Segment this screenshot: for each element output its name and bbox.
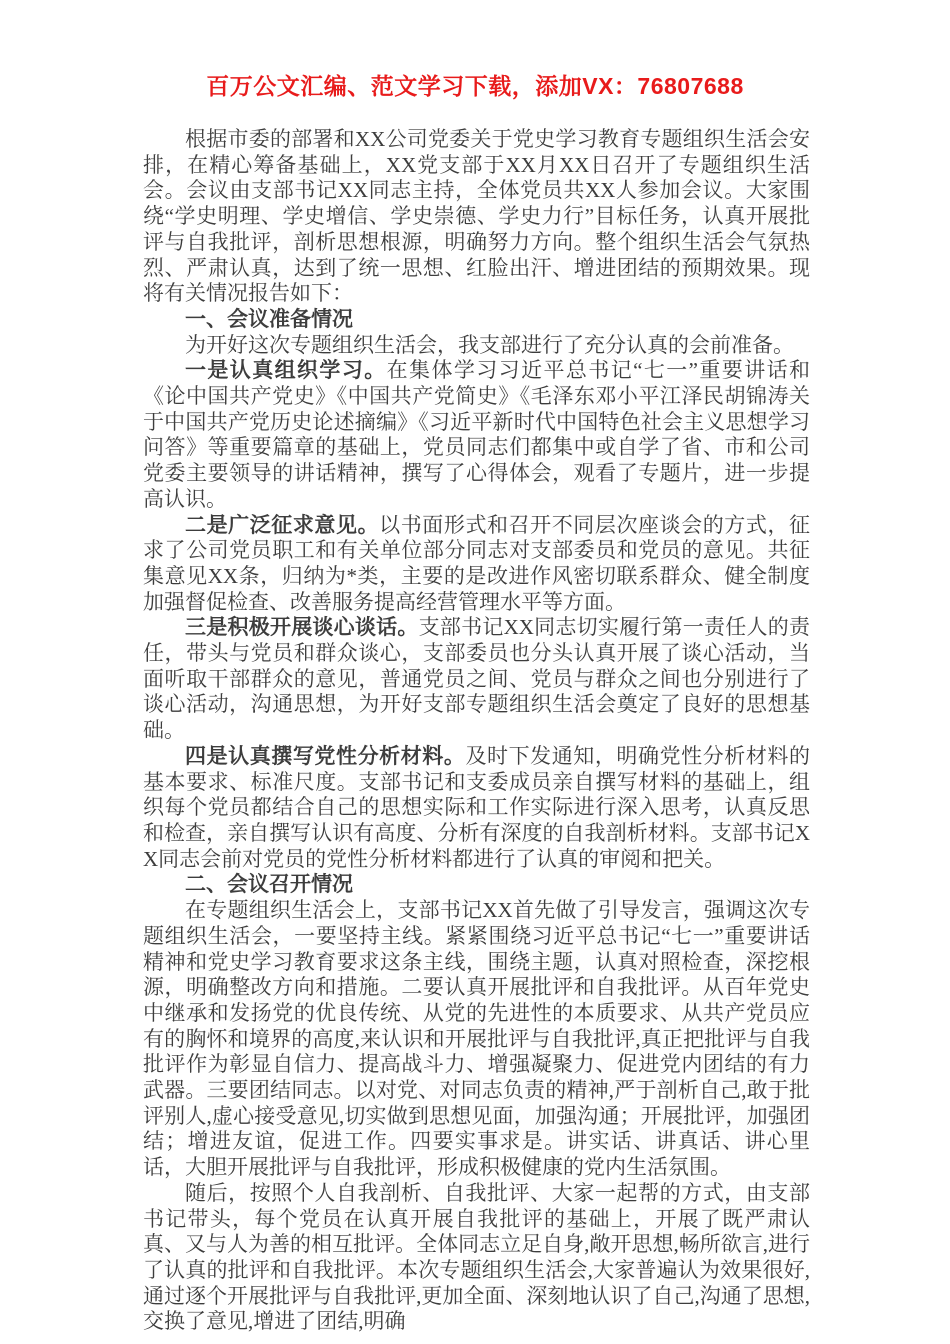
- paragraph-lead: 一是认真组织学习。: [185, 358, 387, 382]
- paragraph-preparation-summary: 为开好这次专题组织生活会，我支部进行了充分认真的会前准备。: [143, 333, 810, 359]
- paragraph-lead: 二是广泛征求意见。: [185, 513, 379, 537]
- paragraph-text: 随后，按照个人自我剖析、自我批评、大家一起帮的方式，由支部书记带头，每个党员在认…: [143, 1181, 810, 1334]
- paragraph-intro: 根据市委的部署和XX公司党委关于党史学习教育专题组织生活会安排，在精心筹备基础上…: [143, 127, 810, 307]
- heading-text: 二、会议召开情况: [185, 872, 353, 896]
- paragraph-mutual-criticism: 随后，按照个人自我剖析、自我批评、大家一起帮的方式，由支部书记带头，每个党员在认…: [143, 1181, 810, 1335]
- paragraph-text: 为开好这次专题组织生活会，我支部进行了充分认真的会前准备。: [185, 333, 794, 357]
- heading-section-2: 二、会议召开情况: [143, 872, 810, 898]
- paragraph-meeting-process: 在专题组织生活会上，支部书记XX首先做了引导发言，强调这次专题组织生活会，一要坚…: [143, 898, 810, 1181]
- promo-header-text: 百万公文汇编、范文学习下载，添加VX：76807688: [0, 68, 950, 101]
- paragraph-lead: 三是积极开展谈心谈话。: [185, 615, 419, 639]
- heading-section-1: 一、会议准备情况: [143, 307, 810, 333]
- heading-text: 一、会议准备情况: [185, 307, 353, 331]
- paragraph-point-2-opinions: 二是广泛征求意见。以书面形式和召开不同层次座谈会的方式，征求了公司党员职工和有关…: [143, 513, 810, 616]
- document-body: 根据市委的部署和XX公司党委关于党史学习教育专题组织生活会安排，在精心筹备基础上…: [143, 127, 810, 1335]
- paragraph-text: 在专题组织生活会上，支部书记XX首先做了引导发言，强调这次专题组织生活会，一要坚…: [143, 898, 810, 1179]
- paragraph-point-1-study: 一是认真组织学习。在集体学习习近平总书记“七一”重要讲话和《论中国共产党史》《中…: [143, 358, 810, 512]
- paragraph-point-3-heart-to-heart: 三是积极开展谈心谈话。支部书记XX同志切实履行第一责任人的责任，带头与党员和群众…: [143, 615, 810, 744]
- paragraph-lead: 四是认真撰写党性分析材料。: [185, 744, 465, 768]
- document-page: 百万公文汇编、范文学习下载，添加VX：76807688 根据市委的部署和XX公司…: [0, 0, 950, 1344]
- paragraph-text: 根据市委的部署和XX公司党委关于党史学习教育专题组织生活会安排，在精心筹备基础上…: [143, 127, 810, 305]
- paragraph-point-4-materials: 四是认真撰写党性分析材料。及时下发通知，明确党性分析材料的基本要求、标准尺度。支…: [143, 744, 810, 873]
